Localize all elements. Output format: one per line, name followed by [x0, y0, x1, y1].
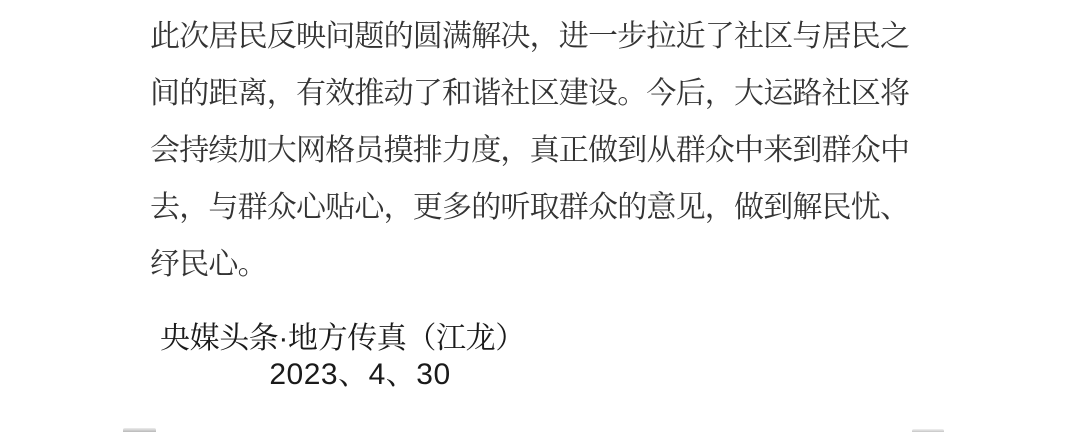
article-date: 2023、4、30: [160, 357, 560, 393]
byline-block: 央媒头条·地方传真（江龙） 2023、4、30: [160, 321, 560, 393]
paragraph-line: 间的距离，有效推动了和谐社区建设。今后，大运路社区将: [150, 65, 914, 122]
paragraph-line: 此次居民反映问题的圆满解决，进一步拉近了社区与居民之: [150, 8, 914, 65]
paragraph-line: 纾民心。: [150, 236, 914, 293]
partial-image-thumbnail-left[interactable]: [123, 428, 156, 432]
article-page: 此次居民反映问题的圆满解决，进一步拉近了社区与居民之 间的距离，有效推动了和谐社…: [0, 0, 1080, 432]
article-paragraph: 此次居民反映问题的圆满解决，进一步拉近了社区与居民之 间的距离，有效推动了和谐社…: [150, 8, 914, 293]
paragraph-line: 会持续加大网格员摸排力度，真正做到从群众中来到群众中: [150, 122, 914, 179]
article-source: 央媒头条·地方传真（江龙）: [160, 321, 560, 357]
paragraph-line: 去，与群众心贴心，更多的听取群众的意见，做到解民忧、: [150, 179, 914, 236]
